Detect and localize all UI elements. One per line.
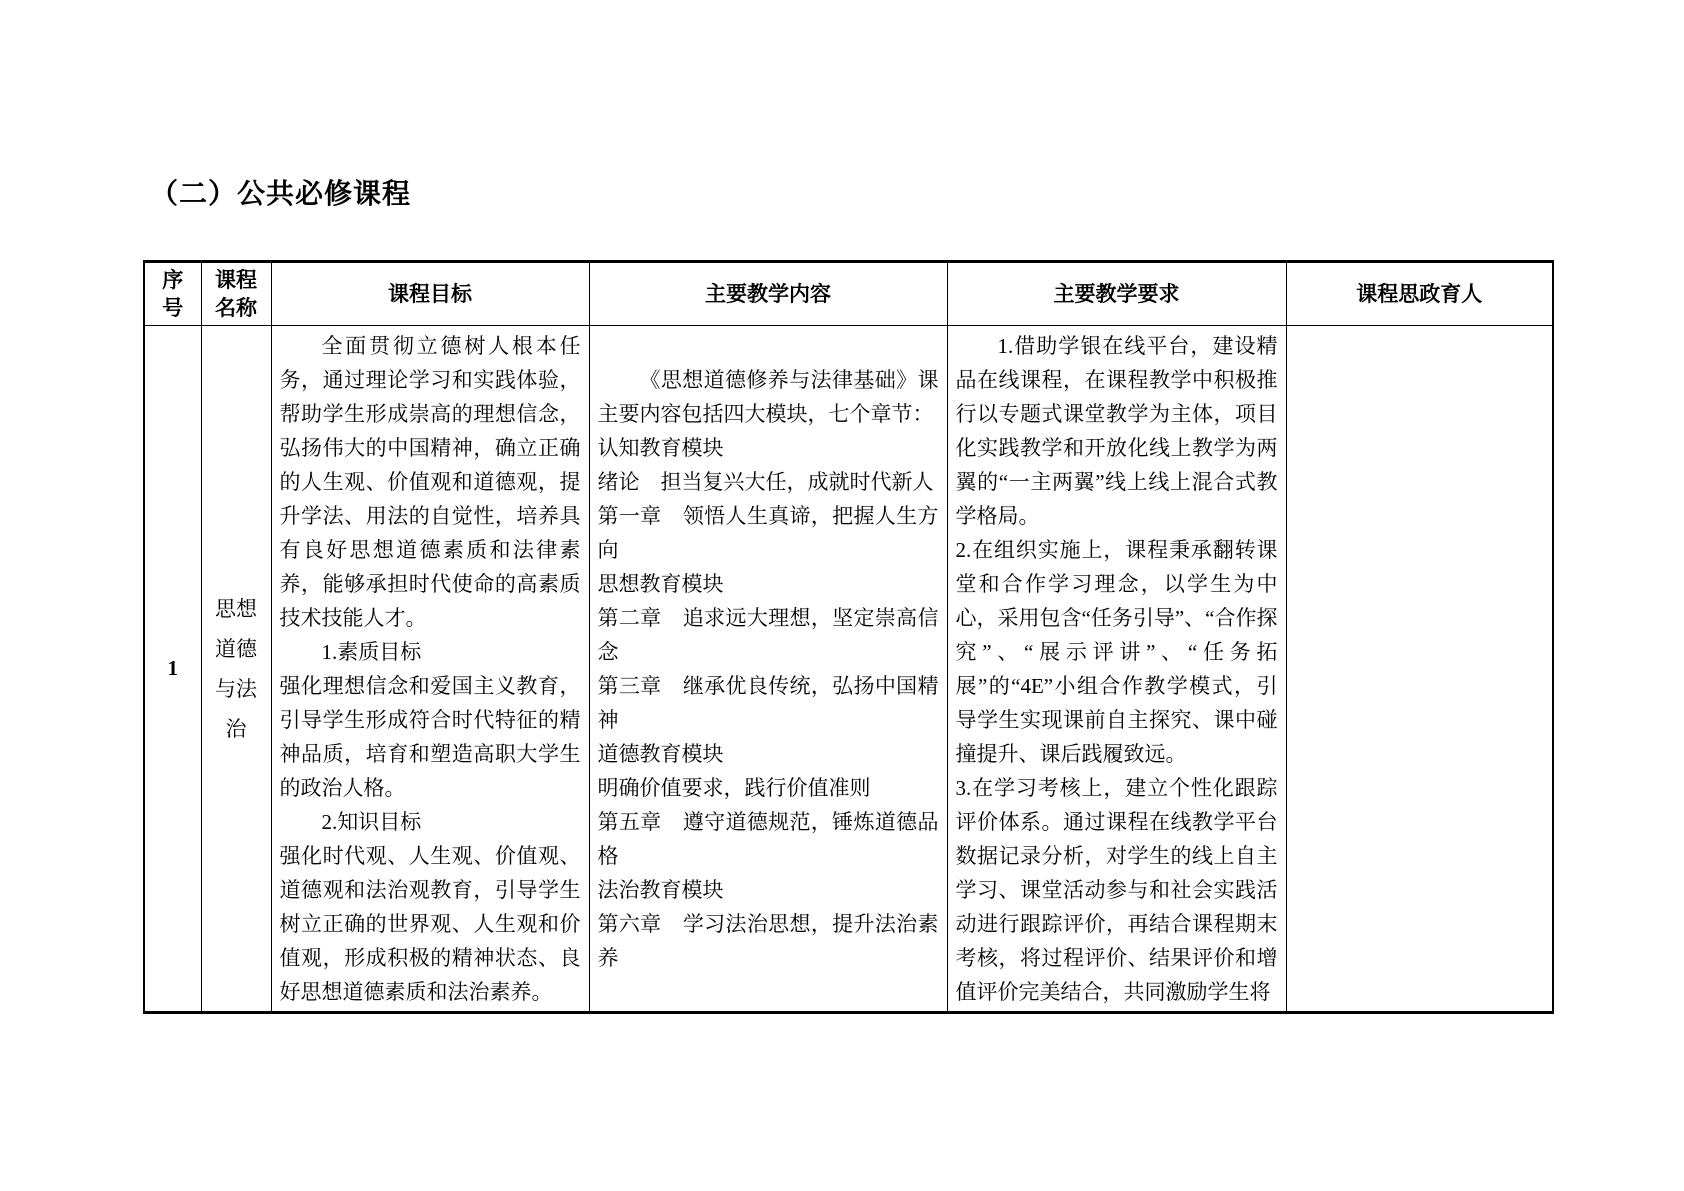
header-teaching-requirements: 主要教学要求 — [947, 262, 1286, 326]
cell-row-index: 1 — [144, 326, 201, 1013]
content-chapter-2: 第二章 追求远大理想，坚定崇高信念 — [598, 601, 939, 669]
objectives-knowledge-goal-text: 强化时代观、人生观、价值观、道德观和法治观教育，引导学生树立正确的世界观、人生观… — [280, 839, 581, 1009]
objectives-paragraph: 全面贯彻立德树人根本任务，通过理论学习和实践体验，帮助学生形成崇高的理想信念，弘… — [280, 329, 581, 635]
content-module-thought: 思想教育模块 — [598, 567, 939, 601]
content-module-law: 法治教育模块 — [598, 873, 939, 907]
header-course-name: 课程名称 — [201, 262, 271, 326]
content-chapter-6: 第六章 学习法治思想，提升法治素养 — [598, 907, 939, 975]
table-row: 1 思想道德与法治 全面贯彻立德树人根本任务，通过理论学习和实践体验，帮助学生形… — [144, 326, 1553, 1013]
header-ideology: 课程思政育人 — [1286, 262, 1553, 326]
requirement-2: 2.在组织实施上，课程秉承翻转课堂和合作学习理念，以学生为中心，采用包含“任务引… — [956, 533, 1278, 771]
header-objectives: 课程目标 — [271, 262, 589, 326]
objectives-knowledge-goal-heading: 2.知识目标 — [280, 805, 581, 839]
objectives-quality-goal-heading: 1.素质目标 — [280, 635, 581, 669]
header-index: 序号 — [144, 262, 201, 326]
objectives-quality-goal-text: 强化理想信念和爱国主义教育，引导学生形成符合时代特征的精神品质，培育和塑造高职大… — [280, 669, 581, 805]
cell-ideology-education — [1286, 326, 1553, 1013]
content-chapter-3: 第三章 继承优良传统，弘扬中国精神 — [598, 669, 939, 737]
content-chapter-5: 第五章 遵守道德规范，锤炼道德品格 — [598, 805, 939, 873]
requirement-3: 3.在学习考核上，建立个性化跟踪评价体系。通过课程在线教学平台数据记录分析，对学… — [956, 771, 1278, 1009]
content-introduction-chapter: 绪论 担当复兴大任，成就时代新人 — [598, 465, 939, 499]
requirement-1: 1.借助学银在线平台，建设精品在线课程，在课程教学中积极推行以专题式课堂教学为主… — [956, 329, 1278, 533]
cell-course-objectives: 全面贯彻立德树人根本任务，通过理论学习和实践体验，帮助学生形成崇高的理想信念，弘… — [271, 326, 589, 1013]
cell-course-name: 思想道德与法治 — [201, 326, 271, 1013]
content-module-cognition: 认知教育模块 — [598, 431, 939, 465]
content-chapter-1: 第一章 领悟人生真谛，把握人生方向 — [598, 499, 939, 567]
cell-teaching-content: 《思想道德修养与法律基础》课主要内容包括四大模块，七个章节： 认知教育模块 绪论… — [589, 326, 947, 1013]
content-values-line: 明确价值要求，践行价值准则 — [598, 771, 939, 805]
section-heading: （二）公共必修课程 — [150, 172, 411, 212]
document-page: （二）公共必修课程 序号 课程名称 课程目标 主要教学内容 主要教学要求 课程思… — [0, 0, 1684, 1191]
course-table: 序号 课程名称 课程目标 主要教学内容 主要教学要求 课程思政育人 1 思想道德… — [143, 260, 1554, 1014]
content-intro: 《思想道德修养与法律基础》课主要内容包括四大模块，七个章节： — [598, 363, 939, 431]
table-header-row: 序号 课程名称 课程目标 主要教学内容 主要教学要求 课程思政育人 — [144, 262, 1553, 326]
cell-teaching-requirements: 1.借助学银在线平台，建设精品在线课程，在课程教学中积极推行以专题式课堂教学为主… — [947, 326, 1286, 1013]
content-module-morality: 道德教育模块 — [598, 737, 939, 771]
header-teaching-content: 主要教学内容 — [589, 262, 947, 326]
